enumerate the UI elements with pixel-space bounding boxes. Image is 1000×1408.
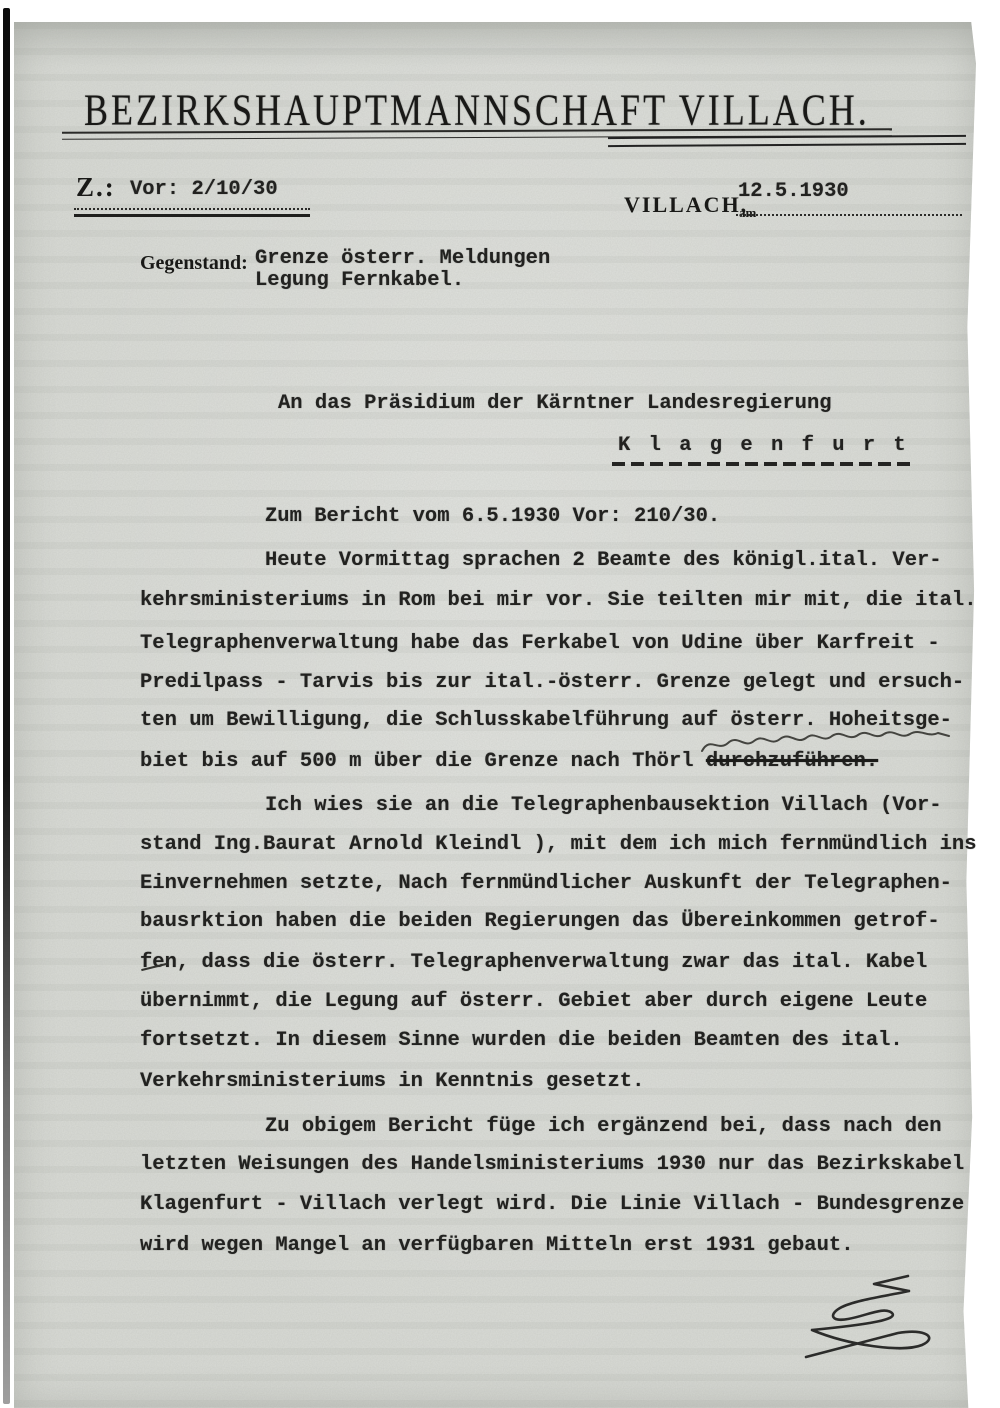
body-line: bausrktion haben die beiden Regierungen …	[140, 910, 940, 933]
dateline-date: 12.5.1930	[738, 180, 849, 203]
body-line: Ich wies sie an die Telegraphenbausektio…	[140, 794, 942, 817]
subject-text-line1: Grenze österr. Meldungen	[255, 247, 550, 270]
body-line: fortsetzt. In diesem Sinne wurden die be…	[140, 1029, 903, 1052]
dateline-place: VILLACH,	[624, 192, 748, 218]
body-line-text: biet bis auf 500 m über die Grenze nach …	[140, 750, 706, 773]
reference-number: Vor: 2/10/30	[130, 178, 278, 201]
body-line: Klagenfurt - Villach verlegt wird. Die L…	[140, 1193, 964, 1216]
body-line: übernimmt, die Legung auf österr. Gebiet…	[140, 990, 927, 1013]
body-line: Verkehrsministeriums in Kenntnis gesetzt…	[140, 1070, 644, 1093]
subject-label: Gegenstand:	[140, 252, 248, 275]
body-line: Predilpass - Tarvis bis zur ital.-österr…	[140, 671, 964, 694]
dateline-dotted-line	[736, 214, 962, 216]
reference-dotted-line	[74, 208, 310, 210]
recipient-city: K l a g e n f u r t	[618, 434, 909, 457]
signature-scribble	[788, 1262, 960, 1380]
body-line: Zum Bericht vom 6.5.1930 Vor: 210/30.	[140, 505, 720, 528]
recipient-city-underline	[612, 462, 910, 466]
body-line: Heute Vormittag sprachen 2 Beamte des kö…	[140, 549, 942, 572]
body-line: stand Ing.Baurat Arnold Kleindl ), mit d…	[140, 833, 977, 856]
reference-label: Z.:	[76, 172, 116, 203]
dateline-am-label: am	[739, 205, 756, 221]
scan-edge-bar	[3, 8, 10, 1404]
reference-underline	[74, 214, 310, 217]
body-line: Zu obigem Bericht füge ich ergänzend bei…	[140, 1115, 942, 1138]
letterhead-title: BEZIRKSHAUPTMANNSCHAFT VILLACH.	[84, 84, 870, 135]
body-line: fen, dass die österr. Telegraphenverwalt…	[140, 951, 927, 974]
recipient-line: An das Präsidium der Kärntner Landesregi…	[278, 392, 832, 415]
body-line: kehrsministeriums in Rom bei mir vor. Si…	[140, 589, 977, 612]
body-line: Telegraphenverwaltung habe das Ferkabel …	[140, 632, 940, 655]
body-line: letzten Weisungen des Handelsministerium…	[140, 1153, 964, 1176]
handwritten-correction	[698, 726, 954, 758]
body-line: Einvernehmen setzte, Nach fernmündlicher…	[140, 872, 952, 895]
body-line: wird wegen Mangel an verfügbaren Mitteln…	[140, 1234, 854, 1257]
subject-text-line2: Legung Fernkabel.	[255, 269, 464, 292]
